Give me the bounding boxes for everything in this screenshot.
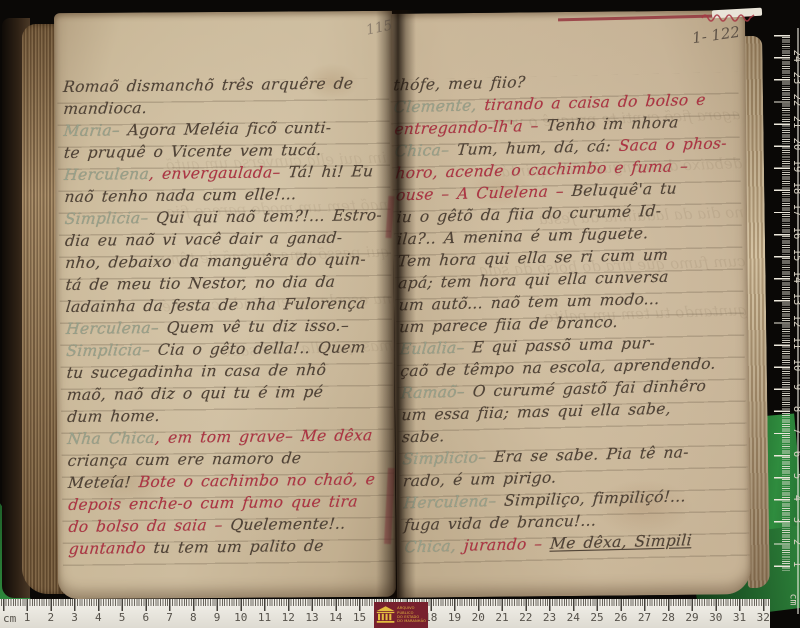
archive-building-icon <box>376 605 395 625</box>
ruler-number: 27 <box>636 611 654 624</box>
ruler-number: 19 <box>446 611 464 624</box>
ruler-number: 23 <box>789 70 800 86</box>
ruler-number: 5 <box>113 611 131 624</box>
ruler-number: 7 <box>789 423 800 439</box>
ruler-number: 10 <box>232 611 250 624</box>
ruler-number: 25 <box>588 611 606 624</box>
right-page-manuscript: thófe, meu fiio?Clemente, tirando a cais… <box>393 66 757 558</box>
ruler-number: 14 <box>327 611 345 624</box>
ruler-number: 3 <box>66 611 84 624</box>
ruler-number: 21 <box>789 114 800 130</box>
archival-photo: im qui ella cunversa um autõ naõ tem um … <box>0 0 800 628</box>
ruler-number: 8 <box>789 401 800 417</box>
ruler-number: 20 <box>469 611 487 624</box>
ruler-number: 9 <box>208 611 226 624</box>
ruler-number: 13 <box>789 291 800 307</box>
ruler-number: 24 <box>789 48 800 64</box>
ruler-number: 13 <box>303 611 321 624</box>
ruler-number: 7 <box>161 611 179 624</box>
ruler-number: 18 <box>789 180 800 196</box>
ruler-number: 26 <box>612 611 630 624</box>
archive-badge: ARQUIVO PÚBLICO DO ESTADO DO MARANHÃO <box>374 602 428 628</box>
ruler-number: 8 <box>184 611 202 624</box>
ruler-number: 3 <box>789 512 800 528</box>
ruler-number: 31 <box>731 611 749 624</box>
left-page-manuscript: Romaõ dismanchõ três arquêre demandioca.… <box>63 72 399 560</box>
ruler-number: 6 <box>789 446 800 462</box>
red-ink-scribble <box>700 9 756 23</box>
ruler-number: 12 <box>789 313 800 329</box>
ruler-number: 1 <box>789 556 800 572</box>
ruler-number: 24 <box>564 611 582 624</box>
vertical-ruler: cm 1234567891011121314151617181920212223… <box>770 24 800 624</box>
ruler-number: 16 <box>789 225 800 241</box>
ruler-number: 22 <box>517 611 535 624</box>
ruler-number: 29 <box>683 611 701 624</box>
ruler-number: 19 <box>789 158 800 174</box>
ruler-number: 4 <box>89 611 107 624</box>
ruler-number: 15 <box>789 247 800 263</box>
gutter-shadow <box>376 10 416 598</box>
ruler-major-ticks <box>774 35 790 570</box>
ruler-number: 2 <box>789 534 800 550</box>
manuscript-line: guntando tu tem um palito de <box>68 534 400 560</box>
cm-label: cm <box>788 593 799 605</box>
ruler-number: 23 <box>541 611 559 624</box>
ruler-number: 28 <box>659 611 677 624</box>
cm-label: cm <box>3 612 16 625</box>
ruler-number: 2 <box>42 611 60 624</box>
ruler-number: 20 <box>789 136 800 152</box>
ruler-number: 11 <box>789 335 800 351</box>
ruler-number: 12 <box>279 611 297 624</box>
archive-badge-text: ARQUIVO PÚBLICO DO ESTADO DO MARANHÃO <box>397 606 426 624</box>
ruler-number: 15 <box>351 611 369 624</box>
ruler-number: 17 <box>789 202 800 218</box>
ruler-number: 1 <box>18 611 36 624</box>
ruler-number: 9 <box>789 379 800 395</box>
ruler-number: 4 <box>789 490 800 506</box>
ruler-number: 6 <box>137 611 155 624</box>
badge-text-line: DO MARANHÃO <box>397 619 426 623</box>
ruler-number: 10 <box>789 357 800 373</box>
ruler-number: 22 <box>789 92 800 108</box>
ruler-number: 21 <box>493 611 511 624</box>
ruler-number: 30 <box>707 611 725 624</box>
ruler-number: 5 <box>789 468 800 484</box>
ruler-number: 11 <box>256 611 274 624</box>
ruler-number: 14 <box>789 269 800 285</box>
